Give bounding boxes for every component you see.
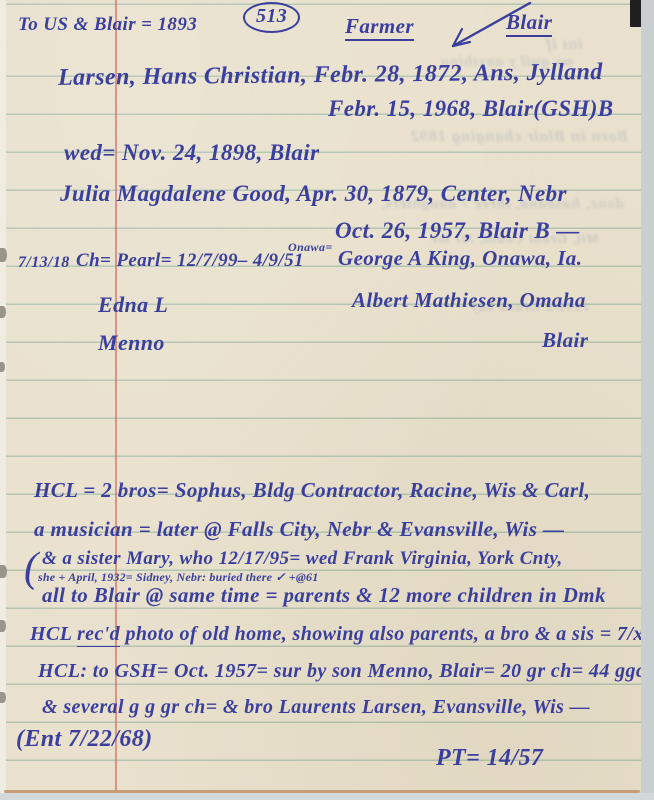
recd-underlined: rec'd: [77, 623, 120, 647]
child-row-name: Edna L: [98, 292, 168, 318]
children-date-note: 7/13/18: [18, 254, 70, 272]
note-sister: & a sister Mary, who 12/17/95= wed Frank…: [42, 548, 563, 570]
torn-nick: [0, 620, 6, 632]
child-row-spouse: George A King, Onawa, Ia.: [338, 246, 582, 271]
torn-nick: [0, 692, 6, 703]
torn-nick: [0, 248, 7, 262]
scanned-genealogy-page: int if my quil y anything Born in Blair …: [0, 0, 654, 800]
child-row-spouse: Albert Mathiesen, Omaha: [352, 288, 586, 313]
scan-bottom-edge: [0, 793, 654, 800]
note-family-to-blair: all to Blair @ same time = parents & 12 …: [42, 583, 606, 608]
spouse-death-line: Oct. 26, 1957, Blair B —: [335, 218, 580, 244]
child-row-name: Ch= Pearl= 12/7/99– 4/9/51: [76, 250, 304, 272]
entered-date: (Ent 7/22/68): [16, 726, 153, 753]
bleed-through-text: Born in Blair changing 1892: [410, 128, 628, 146]
scan-right-edge: [641, 0, 654, 800]
child-row-name: Menno: [98, 330, 165, 356]
marriage-date-line: wed= Nov. 24, 1898, Blair: [64, 140, 319, 166]
pt-reference: PT= 14/57: [436, 745, 543, 772]
occupation-label: Farmer: [345, 14, 414, 39]
child-row-residence: Blair: [542, 328, 588, 353]
note-grandchildren: & several g g gr ch= & bro Laurents Lars…: [42, 696, 590, 719]
paper-left-edge: [0, 0, 6, 794]
archive-note-to-us-blair: To US & Blair = 1893: [18, 14, 197, 36]
torn-nick: [0, 362, 5, 372]
subject-name-birth-line: Larsen, Hans Christian, Febr. 28, 1872, …: [58, 59, 603, 92]
note-gsh-survivors: HCL: to GSH= Oct. 1957= sur by son Menno…: [38, 660, 654, 683]
bleed-through-text: int if: [545, 36, 583, 54]
torn-nick: [0, 306, 6, 318]
spouse-line: Julia Magdalene Good, Apr. 30, 1879, Cen…: [60, 181, 567, 207]
note-photo: HCL rec'd photo of old home, showing als…: [30, 623, 654, 646]
big-paren: (: [24, 544, 38, 592]
note-brothers: HCL = 2 bros= Sophus, Bldg Contractor, R…: [34, 478, 590, 503]
subject-death-line: Febr. 15, 1968, Blair(GSH)B: [328, 96, 614, 122]
child-row-sup-note: Onawa=: [288, 240, 333, 255]
place-label: Blair: [506, 10, 552, 35]
record-number: 513: [243, 2, 300, 33]
note-musician: a musician = later @ Falls City, Nebr & …: [34, 517, 564, 542]
record-number-circle: 513: [243, 2, 300, 33]
torn-nick: [0, 565, 7, 578]
